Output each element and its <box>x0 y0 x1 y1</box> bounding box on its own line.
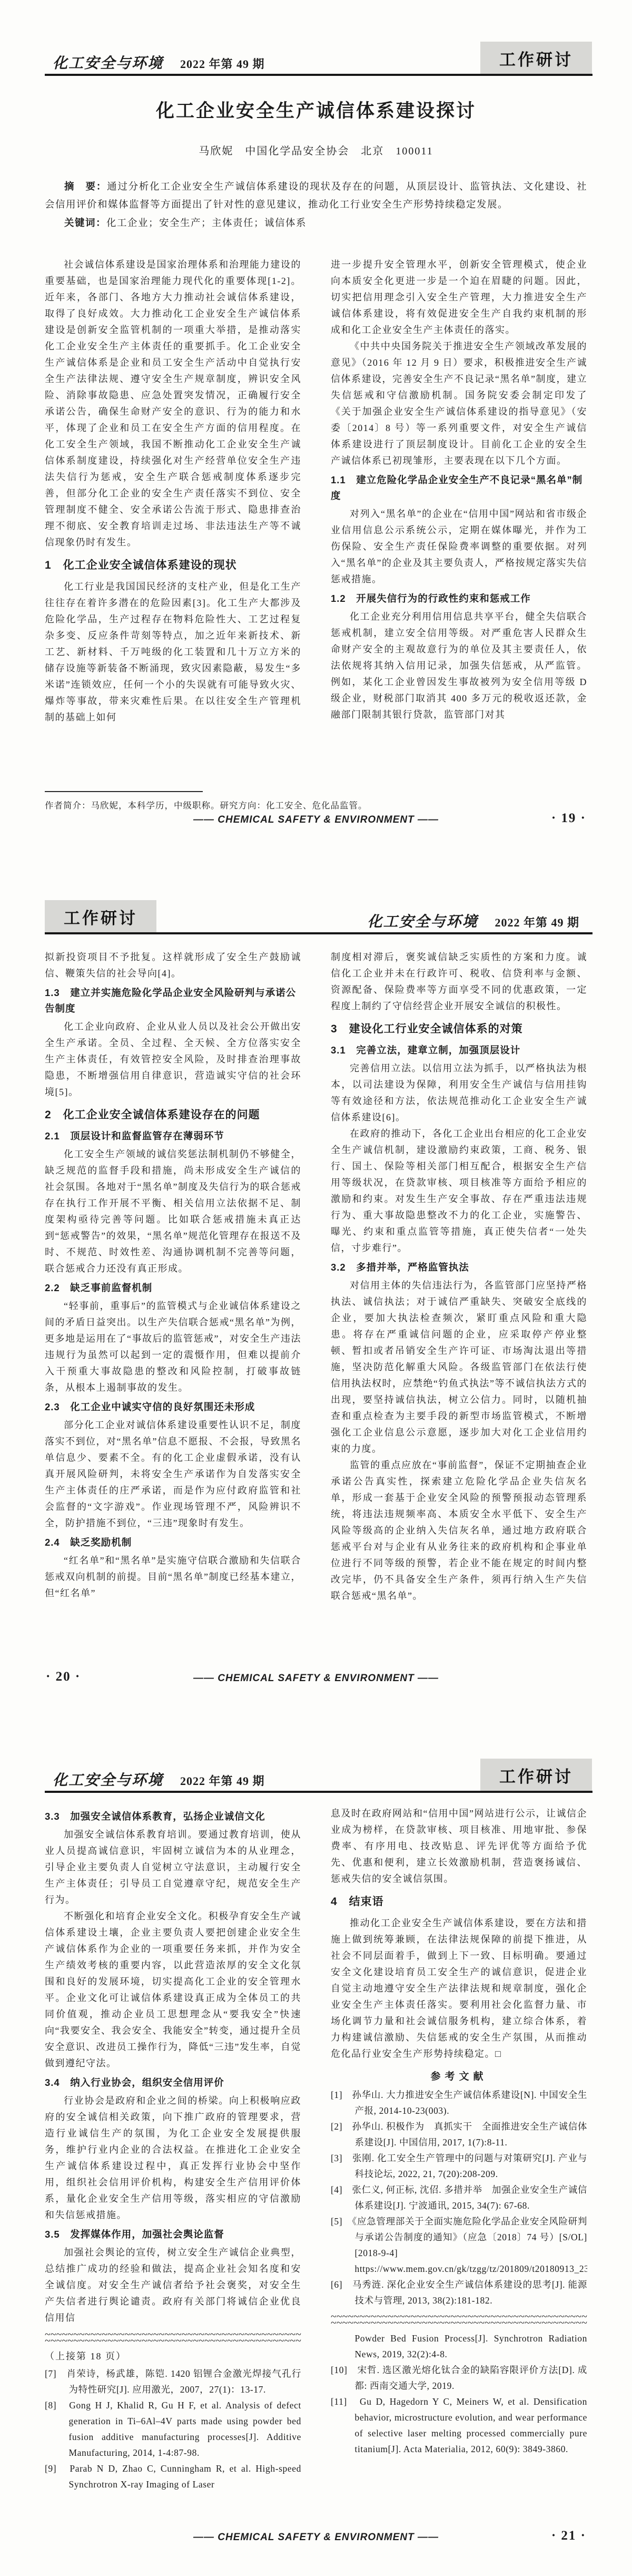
section-heading-2: 2 化工企业安全诚信体系建设存在的问题 <box>45 1107 301 1123</box>
continuation-note: （上接第 18 页） <box>45 2348 301 2365</box>
section-heading-1: 1 化工企业安全诚信体系建设的现状 <box>45 558 301 573</box>
journal-issue: 2022 年第 49 期 <box>495 916 579 929</box>
journal-name: 化工安全与环境 <box>53 1772 163 1789</box>
paragraph: 化工安全生产领域的诚信奖惩法制机制仍不够健全，缺乏规范的监督手段和措施，尚未形成… <box>45 1146 301 1277</box>
reference-item-10: [10] 宋哲. 选区激光熔化钛合金的缺陷容限评价方法[D]. 成都: 西南交通… <box>331 2362 587 2394</box>
abstract: 摘 要：通过分析化工企业安全生产诚信体系建设的现状及存在的问题，从顶层设计、监管… <box>45 178 587 214</box>
page-2: 工作研讨 化工安全与环境 2022 年第 49 期 拟新投资项目不予批复。这样就… <box>0 858 632 1717</box>
section-heading-3: 3 建设化工行业安全诚信体系的对策 <box>331 1021 587 1037</box>
page1-right-column: 进一步提升安全管理水平，创新安全管理模式，使企业向本质安全化更进一步是一个迫在眉… <box>331 257 587 723</box>
header-rule <box>45 932 592 934</box>
abstract-text: 通过分析化工企业安全生产诚信体系建设的现状及存在的问题，从顶层设计、监管执法、文… <box>45 182 587 210</box>
journal-issue: 2022 年第 49 期 <box>180 1774 265 1788</box>
reference-item-3: [3] 张刚. 化工安全生产管理中的问题与对策研究[J]. 产业与科技论坛, 2… <box>331 2150 587 2182</box>
reference-item-9: [9] Parab N D, Zhao C, Cunningham R, et … <box>45 2461 301 2492</box>
page3-footer: —— CHEMICAL SAFETY & ENVIRONMENT —— · 21… <box>45 2529 587 2548</box>
paragraph-continued: 进一步提升安全管理水平，创新安全管理模式，使企业向本质安全化更进一步是一个迫在眉… <box>331 257 587 338</box>
paragraph: 部分化工企业对诚信体系建设重要性认识不足，制度落实不到位，对“黑名单”信息不愿报… <box>45 1417 301 1531</box>
author-footnote: 作者简介：马欣妮，本科学历，中级职称。研究方向：化工安全、危化品监管。 <box>45 791 587 811</box>
reference-item-6: [6] 马秀涟. 深化企业安全生产诚信体系建设的思考[J]. 能源技术与管理, … <box>331 2277 587 2308</box>
journal-masthead: 化工安全与环境 2022 年第 49 期 <box>53 52 265 73</box>
page2-footer: · 20 · —— CHEMICAL SAFETY & ENVIRONMENT … <box>45 1670 587 1689</box>
page3-left-column: 3.3 加强安全诚信体系教育，弘扬企业诚信文化 加强安全诚信体系教育培训。要通过… <box>45 1806 301 2492</box>
reference-item-8: [8] Gong H J, Khalid R, Gu H F, et al. A… <box>45 2397 301 2461</box>
section-tag: 工作研讨 <box>45 900 156 933</box>
wavy-divider: ~~~~~~~~~~~~~~~~~~~~~~~~~~~~~~~~~~~~~~~~… <box>45 2331 301 2344</box>
page3-right-column: 息及时在政府网站和“信用中国”网站进行公示，让诚信企业成为榜样，在贷款审核、项目… <box>331 1806 587 2457</box>
footnote-text: 作者简介：马欣妮，本科学历，中级职称。研究方向：化工安全、危化品监管。 <box>45 798 587 811</box>
title-block: 化工企业安全生产诚信体系建设探讨 马欣妮 中国化学品安全协会 北京 100011… <box>45 98 587 232</box>
paragraph: 对信用主体的失信违法行为，各监管部门应坚持严格执法、诚信执法；对于诚信严重缺失、… <box>331 1277 587 1457</box>
paragraph: 行业协会是政府和企业之间的桥梁。向上积极响应政府的安全诚信相关政策，向下推广政府… <box>45 2093 301 2223</box>
paragraph: 监管的重点应放在“事前监督”，保证不定期抽查企业承诺公告真实性，探索建立危险化学… <box>331 1457 587 1604</box>
wavy-line: ~~~~~~~~~~~~~~~~~~~~~~~~~~~~~~~~~~~~~~~~… <box>331 2320 587 2326</box>
reference-item-2: [2] 孙华山. 积极作为 真抓实干 全面推进安全生产诚信体系建设[J]. 中国… <box>331 2119 587 2150</box>
subsection-heading-3-2: 3.2 多措并举，严格监管执法 <box>331 1260 587 1275</box>
author-byline: 马欣妮 中国化学品安全协会 北京 100011 <box>45 142 587 158</box>
paragraph: 推动化工企业安全生产诚信体系建设，要在方法和措施上做到统筹兼顾，在法律法规保障的… <box>331 1915 587 2062</box>
paragraph: “红名单”和“黑名单”是实施守信联合激励和失信联合惩戒双向机制的前提。目前“黑名… <box>45 1553 301 1602</box>
journal-name: 化工安全与环境 <box>53 55 163 72</box>
page2-right-column: 制度相对滞后，褒奖诚信缺乏实质性的方案和力度。诚信化工企业并未在行政许可、税收、… <box>331 949 587 1604</box>
footer-banner: —— CHEMICAL SAFETY & ENVIRONMENT —— <box>193 814 439 826</box>
section-heading-4: 4 结束语 <box>331 1894 587 1910</box>
keywords-text: 化工企业；安全生产；主体责任；诚信体系 <box>106 218 307 229</box>
references-heading: 参考文献 <box>331 2068 587 2083</box>
page1-footer: —— CHEMICAL SAFETY & ENVIRONMENT —— · 19… <box>45 811 587 830</box>
subsection-heading-2-2: 2.2 缺乏事前监督机制 <box>45 1280 301 1296</box>
article-title: 化工企业安全生产诚信体系建设探讨 <box>45 98 587 124</box>
paragraph: 《中共中央国务院关于推进安全生产领域改革发展的意见》（2016 年 12 月 9… <box>331 338 587 469</box>
subsection-heading-1-3: 1.3 建立并实施危险化学品企业安全风险研判与承诺公告制度 <box>45 985 301 1017</box>
subsection-heading-3-1: 3.1 完善立法，建章立制，加强顶层设计 <box>331 1042 587 1058</box>
keywords-label: 关键词： <box>64 217 106 228</box>
paragraph-continued: 制度相对滞后，褒奖诚信缺乏实质性的方案和力度。诚信化工企业并未在行政许可、税收、… <box>331 949 587 1014</box>
footer-banner: —— CHEMICAL SAFETY & ENVIRONMENT —— <box>193 1673 439 1684</box>
reference-item-7: [7] 肖荣诗，杨武雄，陈铠. 1420 铝锂合金激光焊接气孔行为特性研究[J]… <box>45 2366 301 2397</box>
paragraph: 化工企业向政府、企业从业人员以及社会公开做出安全生产承诺。全员、全过程、全天候、… <box>45 1019 301 1100</box>
reference-item-1: [1] 孙华山. 大力推进安全生产诚信体系建设[N]. 中国安全生产报, 201… <box>331 2087 587 2119</box>
reference-item-9-continued: Powder Bed Fusion Process[J]. Synchrotro… <box>331 2330 587 2362</box>
reference-item-11: [11] Gu D, Hagedorn Y C, Meiners W, et a… <box>331 2394 587 2457</box>
section-tag: 工作研讨 <box>480 42 592 75</box>
wavy-line: ~~~~~~~~~~~~~~~~~~~~~~~~~~~~~~~~~~~~~~~~… <box>45 2331 301 2338</box>
paragraph: 社会诚信体系建设是国家治理体系和治理能力建设的重要基础，也是国家治理能力现代化的… <box>45 257 301 551</box>
header-rule <box>45 1791 592 1793</box>
page3-columns: 3.3 加强安全诚信体系教育，弘扬企业诚信文化 加强安全诚信体系教育培训。要通过… <box>45 1806 587 2509</box>
footnote-rule <box>45 791 203 792</box>
page1-left-column: 社会诚信体系建设是国家治理体系和治理能力建设的重要基础，也是国家治理能力现代化的… <box>45 257 301 726</box>
subsection-heading-3-4: 3.4 纳入行业协会，组织安全信用评价 <box>45 2075 301 2091</box>
page-number: · 20 · <box>46 1670 81 1684</box>
paragraph: 对列入“黑名单”的企业在“信用中国”网站和省市级企业信用信息公示系统公示，定期在… <box>331 506 587 588</box>
wavy-line: ~~~~~~~~~~~~~~~~~~~~~~~~~~~~~~~~~~~~~~~~… <box>45 2338 301 2344</box>
subsection-heading-2-1: 2.1 顶层设计和监督监管存在薄弱环节 <box>45 1128 301 1144</box>
paragraph: 加强社会舆论的宣传，树立安全生产诚信企业典型，总结推广成功的经验和做法，提高企业… <box>45 2245 301 2326</box>
paragraph: 化工行业是我国国民经济的支柱产业，但是化工生产往往存在着许多潜在的危险因素[3]… <box>45 579 301 726</box>
wavy-line: ~~~~~~~~~~~~~~~~~~~~~~~~~~~~~~~~~~~~~~~~… <box>331 2314 587 2320</box>
keywords: 关键词：化工企业；安全生产；主体责任；诚信体系 <box>45 214 587 232</box>
paragraph: “轻事前，重事后”的监管模式与企业诚信体系建设之间的矛盾日益突出。以生产失信联合… <box>45 1298 301 1396</box>
paragraph-continued: 息及时在政府网站和“信用中国”网站进行公示，让诚信企业成为榜样，在贷款审核、项目… <box>331 1806 587 1887</box>
subsection-heading-3-3: 3.3 加强安全诚信体系教育，弘扬企业诚信文化 <box>45 1809 301 1824</box>
journal-issue: 2022 年第 49 期 <box>180 57 265 71</box>
journal-name: 化工安全与环境 <box>367 914 478 930</box>
paragraph: 不断强化和培育企业安全文化。积极孕育安全生产诚信体系建设土壤，企业主要负责人要把… <box>45 1908 301 2072</box>
page-number: · 21 · <box>551 2529 586 2543</box>
footer-banner: —— CHEMICAL SAFETY & ENVIRONMENT —— <box>193 2532 439 2543</box>
journal-masthead: 化工安全与环境 2022 年第 49 期 <box>53 1769 265 1790</box>
subsection-heading-2-3: 2.3 化工企业中诚实守信的良好氛围还未形成 <box>45 1399 301 1415</box>
page-3: 化工安全与环境 2022 年第 49 期 工作研讨 3.3 加强安全诚信体系教育… <box>0 1717 632 2576</box>
page2-left-column: 拟新投资项目不予批复。这样就形成了安全生产鼓励诚信、鞭策失信的社会导向[4]。 … <box>45 949 301 1602</box>
paragraph-continued: 拟新投资项目不予批复。这样就形成了安全生产鼓励诚信、鞭策失信的社会导向[4]。 <box>45 949 301 982</box>
abstract-label: 摘 要： <box>64 181 107 192</box>
subsection-heading-1-2: 1.2 开展失信行为的行政性约束和惩戒工作 <box>331 591 587 607</box>
subsection-heading-2-4: 2.4 缺乏奖励机制 <box>45 1535 301 1550</box>
paragraph: 在政府的推动下，各化工企业出台相应的化工企业安全生产诚信机制，建设激励约束政策，… <box>331 1126 587 1256</box>
header-rule <box>45 74 592 76</box>
page1-columns: 社会诚信体系建设是国家治理体系和治理能力建设的重要基础，也是国家治理能力现代化的… <box>45 257 587 769</box>
reference-item-4: [4] 张仁义, 何正标, 沈佋. 多措并举 加强企业安全生产诚信体系建设[J]… <box>331 2182 587 2213</box>
page2-columns: 拟新投资项目不予批复。这样就形成了安全生产鼓励诚信、鞭策失信的社会导向[4]。 … <box>45 949 587 1644</box>
wavy-divider: ~~~~~~~~~~~~~~~~~~~~~~~~~~~~~~~~~~~~~~~~… <box>331 2314 587 2326</box>
paragraph: 加强安全诚信体系教育培训。要通过教育培训，使从业人员提高诚信意识，牢固树立诚信为… <box>45 1827 301 1908</box>
paragraph: 完善信用立法。以信用立法为抓手，以严格执法为根本，以司法建设为保障，利用安全生产… <box>331 1060 587 1126</box>
section-tag: 工作研讨 <box>480 1759 592 1792</box>
subsection-heading-3-5: 3.5 发挥媒体作用，加强社会舆论监督 <box>45 2227 301 2242</box>
page-number: · 19 · <box>551 811 586 826</box>
journal-masthead: 化工安全与环境 2022 年第 49 期 <box>367 910 579 931</box>
subsection-heading-1-1: 1.1 建立危险化学品企业安全生产不良记录“黑名单”制度 <box>331 472 587 504</box>
paragraph: 化工企业充分利用信用信息共享平台，健全失信联合惩戒机制，建立安全信用等级。对严重… <box>331 609 587 723</box>
page-1: 化工安全与环境 2022 年第 49 期 工作研讨 化工企业安全生产诚信体系建设… <box>0 0 632 858</box>
reference-item-5: [5] 《应急管理部关于全面实施危险化学品企业安全风险研判与承诺公告制度的通知》… <box>331 2213 587 2277</box>
